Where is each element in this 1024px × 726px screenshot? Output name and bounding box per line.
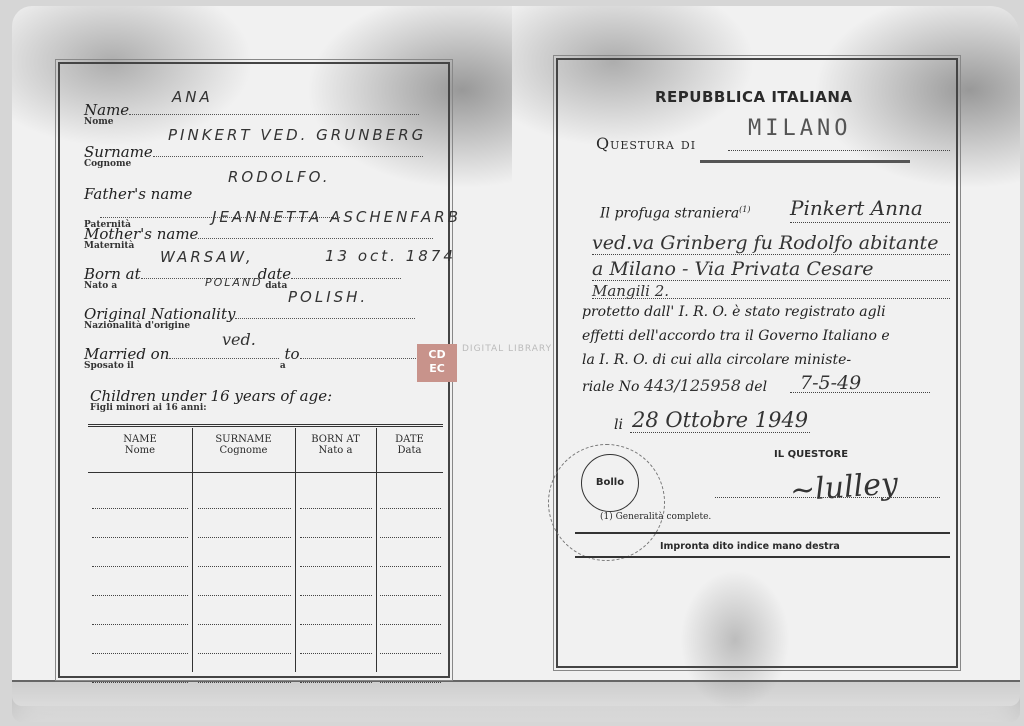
table-cell <box>198 682 291 683</box>
value-mother: JEANNETTA ASCHENFARB <box>212 208 461 226</box>
table-cell <box>198 595 291 596</box>
table-top-rule <box>88 424 443 427</box>
col-it: Cognome <box>192 445 295 456</box>
table-cell <box>198 508 291 509</box>
table-cell <box>198 653 291 654</box>
value-nationality: POLISH. <box>288 288 368 306</box>
table-cell <box>380 682 441 683</box>
table-cell <box>300 537 372 538</box>
value-married: ved. <box>222 330 256 349</box>
column-divider <box>376 428 377 672</box>
table-cell <box>380 537 441 538</box>
table-cell <box>380 624 441 625</box>
dotted-line <box>790 222 950 223</box>
logo-line: CD <box>428 348 445 361</box>
table-cell <box>92 624 188 625</box>
value-born-at: WARSAW, <box>160 248 254 266</box>
value-birth-date: 13 oct. 1874 <box>325 247 456 265</box>
value-issue-date: 28 Ottobre 1949 <box>632 408 808 432</box>
booklet-bottom-fold <box>12 680 1020 722</box>
table-cell <box>198 537 291 538</box>
table-cell <box>92 537 188 538</box>
col-en: NAME <box>88 434 192 445</box>
label-a: a <box>280 361 286 371</box>
col-it: Nome <box>88 445 192 456</box>
printed-text: del <box>745 379 767 395</box>
value-father: RODOLFO. <box>228 168 331 186</box>
footnote: (1) Generalità complete. <box>600 512 711 522</box>
field-name: Name Nome <box>84 100 439 127</box>
col-en: DATE <box>376 434 443 445</box>
value-refugee-name: Pinkert Anna <box>790 196 923 220</box>
rule <box>575 556 950 558</box>
table-header-rule <box>88 472 443 473</box>
table-cell <box>92 682 188 683</box>
dotted-line <box>592 298 950 299</box>
table-cell <box>92 653 188 654</box>
decorative-rule <box>700 160 910 163</box>
value-questura: MILANO <box>748 116 851 141</box>
label-questore: IL QUESTORE <box>774 449 848 460</box>
table-cell <box>300 595 372 596</box>
dotted-line <box>198 226 433 239</box>
col-it: Data <box>376 445 443 456</box>
label-data: data <box>265 281 287 291</box>
value-surname: PINKERT VED. GRUNBERG <box>168 126 426 144</box>
table-cell <box>300 682 372 683</box>
printed-text: riale No <box>582 379 639 395</box>
column-header-born-at: BORN ATNato a <box>295 434 376 456</box>
table-cell <box>380 508 441 509</box>
dotted-line <box>630 432 810 433</box>
label-questura: Questura di <box>596 134 696 153</box>
dotted-line <box>291 266 401 279</box>
value-line-2: ved.va Grinberg fu Rodolfo abitante <box>592 232 938 254</box>
dotted-line <box>300 346 420 359</box>
value-circular-date: 7-5-49 <box>800 372 861 394</box>
field-nationality: Original Nationality Nazionalità d'origi… <box>84 304 439 331</box>
column-header-name: NAMENome <box>88 434 192 456</box>
col-it: Nato a <box>295 445 376 456</box>
column-divider <box>295 428 296 672</box>
value-circular-number: 443/125958 <box>644 376 741 395</box>
text-la-iro: la I. R. O. di cui alla circolare minist… <box>582 352 851 368</box>
dotted-line <box>235 306 415 319</box>
label-father: Father's name <box>84 185 192 203</box>
dotted-line <box>153 144 423 157</box>
children-section-title: Children under 16 years of age: Figli mi… <box>90 386 332 413</box>
stamp-bollo: Bollo <box>581 454 639 512</box>
col-en: BORN AT <box>295 434 376 445</box>
table-cell <box>92 508 188 509</box>
column-header-surname: SURNAMECognome <box>192 434 295 456</box>
text-riale: riale No 443/125958 del <box>582 376 767 395</box>
dotted-line <box>592 280 950 281</box>
field-married: Married on to Sposato ila <box>84 344 439 371</box>
children-table: NAMENome SURNAMECognome BORN ATNato a DA… <box>88 424 443 672</box>
column-header-date: DATEData <box>376 434 443 456</box>
label-nato: Nato a <box>84 281 117 291</box>
dotted-line <box>592 254 950 255</box>
table-cell <box>380 595 441 596</box>
rule <box>575 532 950 534</box>
table-cell <box>300 566 372 567</box>
table-cell <box>300 508 372 509</box>
table-cell <box>300 653 372 654</box>
signature-line <box>715 497 940 498</box>
printed-text: Il profuga straniera <box>600 206 739 222</box>
table-cell <box>300 624 372 625</box>
field-surname: Surname Cognome <box>84 142 439 169</box>
footnote-mark: (1) <box>739 205 750 214</box>
table-cell <box>198 624 291 625</box>
value-line-3: a Milano - Via Privata Cesare <box>592 258 874 280</box>
logo-line: EC <box>429 362 445 375</box>
label-sposato-il: Sposato il <box>84 361 134 371</box>
table-cell <box>92 595 188 596</box>
questore-signature: ~lulley <box>789 466 899 508</box>
table-cell <box>380 653 441 654</box>
label-li: li <box>614 417 623 433</box>
dotted-line <box>790 392 930 393</box>
label-to: to <box>284 345 299 363</box>
cdec-logo: CDEC <box>417 344 457 382</box>
fingerprint-smudge <box>680 570 790 710</box>
table-cell <box>92 566 188 567</box>
value-name: ANA <box>172 88 213 106</box>
label-sposato: Sposato ila <box>84 361 439 371</box>
text-profuga: Il profuga straniera(1) <box>600 205 751 222</box>
value-born-country: POLAND <box>205 276 263 289</box>
header-republic: REPUBBLICA ITALIANA <box>655 88 852 106</box>
watermark-text: DIGITAL LIBRARY <box>462 344 552 354</box>
text-protetto: protetto dall' I. R. O. è stato registra… <box>582 304 886 320</box>
dotted-line <box>728 150 950 151</box>
col-en: SURNAME <box>192 434 295 445</box>
column-divider <box>192 428 193 672</box>
text-effetti: effetti dell'accordo tra il Governo Ital… <box>582 328 890 344</box>
label-nazionalita: Nazionalità d'origine <box>84 321 439 331</box>
label-fingerprint: Impronta dito indice mano destra <box>660 541 840 552</box>
table-cell <box>198 566 291 567</box>
table-cell <box>380 566 441 567</box>
